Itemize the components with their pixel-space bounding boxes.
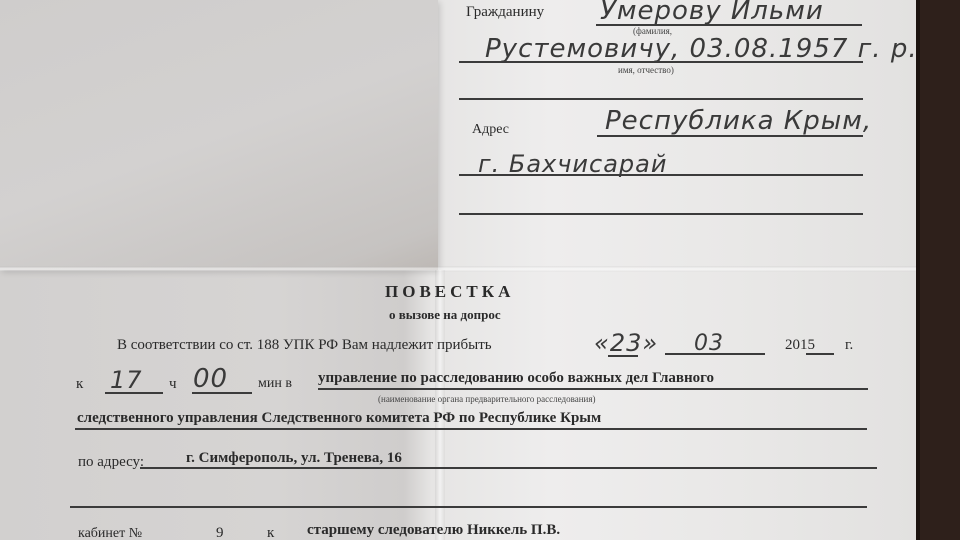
summons-address-rule: [140, 467, 877, 469]
recipient-line-2: [459, 61, 863, 63]
officer-to-label: к: [267, 525, 274, 540]
minute-rule: [192, 392, 252, 394]
office-value: 9: [216, 525, 224, 540]
minute-label: мин в: [258, 376, 292, 392]
hint-name: имя, отчество): [618, 65, 674, 75]
horizontal-crease: [0, 266, 918, 272]
organ-line-2-rule: [75, 428, 867, 430]
office-label: кабинет №: [78, 526, 142, 540]
document-title: ПОВЕСТКА: [385, 282, 514, 302]
address-line-2-rule: [459, 174, 863, 176]
time-at-label: к: [76, 376, 83, 393]
address-line-1: Республика Крым,: [605, 106, 872, 136]
month-rule: [665, 353, 765, 355]
summons-intro: В соответствии со ст. 188 УПК РФ Вам над…: [117, 337, 492, 354]
recipient-surname-name: Умерову Ильми: [600, 0, 824, 26]
recipient-label: Гражданину: [466, 4, 544, 21]
address-label: Адрес: [472, 122, 509, 138]
summons-address-value: г. Симферополь, ул. Тренева, 16: [186, 450, 402, 467]
summons-address-label: по адресу:: [78, 454, 144, 471]
summons-minute: 00: [193, 364, 228, 394]
day-rule: [608, 355, 638, 357]
officer-name: старшему следователю Никкель П.В.: [307, 522, 560, 539]
hour-rule: [105, 392, 163, 394]
year-rule: [806, 353, 834, 355]
hour-label: ч: [169, 376, 177, 393]
folded-flap: [0, 0, 438, 270]
address-line-3-rule: [459, 213, 863, 215]
summons-hour: 17: [110, 366, 143, 394]
paper-edge-shadow: [916, 0, 920, 540]
summons-year: 2015: [785, 337, 815, 354]
year-suffix: г.: [845, 337, 853, 354]
organ-line-1-rule: [318, 388, 868, 390]
organ-line-1: управление по расследованию особо важных…: [318, 370, 714, 387]
organ-hint: (наименование органа предварительного ра…: [378, 394, 595, 404]
document-subtitle: о вызове на допрос: [389, 307, 501, 323]
recipient-patronymic-dob: Рустемовичу, 03.08.1957 г. р.: [485, 34, 918, 64]
summons-address-rule-2: [70, 506, 867, 508]
summons-day: «23»: [594, 329, 658, 357]
organ-line-2: следственного управления Следственного к…: [77, 410, 601, 427]
recipient-line-3: [459, 98, 863, 100]
address-line-1-rule: [597, 135, 863, 137]
summons-document: Гражданину Умерову Ильми (фамилия, Русте…: [0, 0, 918, 540]
